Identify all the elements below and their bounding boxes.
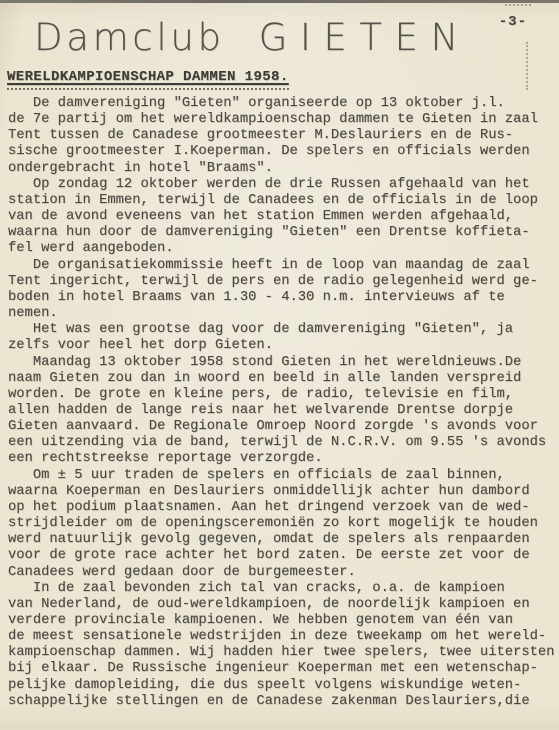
scan-top-edge: [0, 0, 559, 3]
title-word-gieten: GIETEN: [259, 16, 471, 59]
paragraph-1: De damvereniging "Gieten" organiseerde o…: [8, 96, 555, 177]
paragraph-3: De organisatiekommissie heeft in de loop…: [8, 258, 555, 323]
paragraph-4: Het was een grootse dag voor de damveren…: [8, 322, 555, 354]
title-word-damclub: Damclub: [34, 16, 225, 59]
paragraph-5: Maandag 13 oktober 1958 stond Gieten in …: [8, 355, 555, 468]
paragraph-7: In de zaal bevonden zich tal van cracks,…: [8, 581, 555, 710]
document-body: De damvereniging "Gieten" organiseerde o…: [8, 96, 555, 710]
section-heading: WERELDKAMPIOENSCHAP DAMMEN 1958.: [7, 69, 289, 90]
page-number: -3-: [499, 15, 527, 29]
paragraph-2: Op zondag 12 oktober werden de drie Russ…: [8, 177, 555, 258]
document-title: DamclubGIETEN: [34, 16, 471, 59]
document-page: -3- DamclubGIETEN WERELDKAMPIOENSCHAP DA…: [0, 0, 559, 730]
scan-dotted-marks: [505, 4, 531, 6]
paragraph-6: Om ± 5 uur traden de spelers en official…: [8, 468, 555, 581]
right-margin-dotted-line: [526, 42, 528, 90]
